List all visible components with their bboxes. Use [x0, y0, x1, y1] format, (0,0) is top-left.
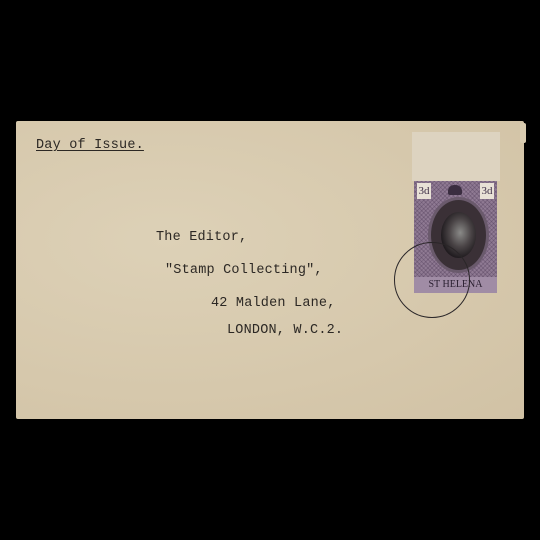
envelope: Day of Issue. The Editor, "Stamp Collect…: [16, 121, 524, 419]
postmark: [394, 242, 470, 318]
address-line-1: The Editor,: [156, 230, 247, 245]
address-line-4: LONDON, W.C.2.: [227, 323, 343, 338]
stamp-value-right: 3d: [480, 183, 494, 199]
address-line-3: 42 Malden Lane,: [211, 296, 336, 311]
stamp-value-left: 3d: [417, 183, 431, 199]
day-of-issue-annotation: Day of Issue.: [36, 138, 144, 153]
address-line-2: "Stamp Collecting",: [165, 263, 323, 278]
stamp-selvedge: [412, 132, 500, 181]
crown-icon: [448, 185, 462, 195]
